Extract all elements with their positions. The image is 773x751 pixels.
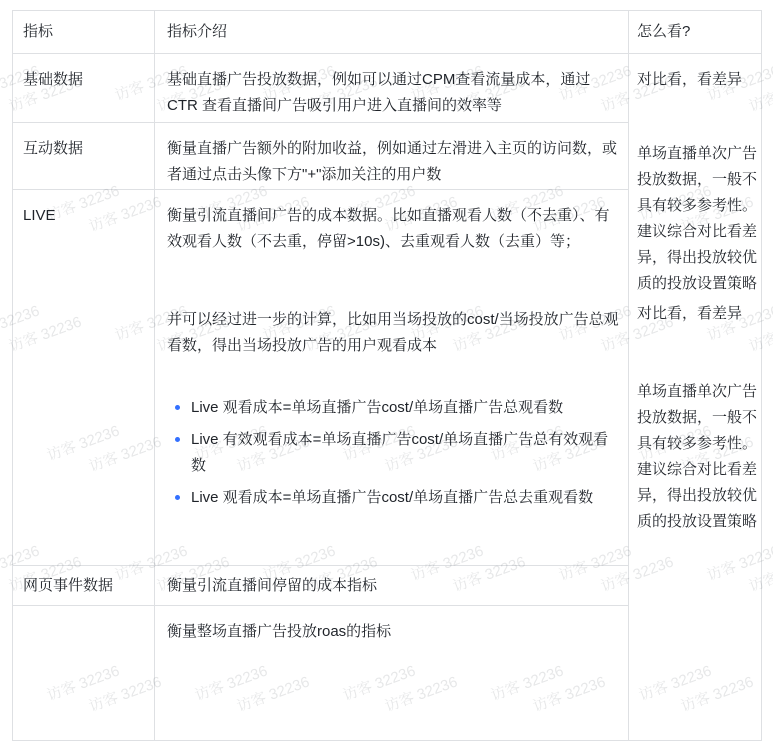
list-item: Live 有效观看成本=单场直播广告cost/单场直播广告总有效观看数 xyxy=(167,427,620,479)
bullet-dot-icon xyxy=(175,405,180,410)
how-to-view-compare-1: 对比看，看差异 xyxy=(637,67,757,93)
how-to-view-compare-2: 对比看，看差异 xyxy=(637,301,757,327)
live-intro-paragraph-1: 衡量引流直播间广告的成本数据。比如直播观看人数（不去重）、有效观看人数（不去重，… xyxy=(167,203,620,255)
row-interaction-data-introduction: 衡量直播广告额外的附加收益，例如通过左滑进入主页的访问数，或者通过点击头像下方"… xyxy=(155,123,629,190)
header-cell-indicator: 指标 xyxy=(13,11,155,54)
indicator-live: LIVE xyxy=(23,203,144,229)
row-roas-introduction: 衡量整场直播广告投放roas的指标 xyxy=(155,606,629,740)
introduction-roas: 衡量整场直播广告投放roas的指标 xyxy=(167,619,620,645)
row-web-event-data-introduction: 衡量引流直播间停留的成本指标 xyxy=(155,566,629,606)
how-to-view-merged-cell: 对比看，看差异 单场直播单次广告投放数据，一般不具有较多参考性。建议综合对比看差… xyxy=(629,54,761,740)
row-interaction-data-indicator: 互动数据 xyxy=(13,123,155,190)
indicator-web-event-data: 网页事件数据 xyxy=(23,573,144,599)
indicator-basic-data: 基础数据 xyxy=(23,67,144,93)
row-web-event-data-indicator: 网页事件数据 xyxy=(13,566,155,606)
how-to-view-advice-2: 单场直播单次广告投放数据，一般不具有较多参考性。建议综合对比看差异，得出投放较优… xyxy=(637,379,757,535)
introduction-basic-data: 基础直播广告投放数据，例如可以通过CPM查看流量成本，通过CTR 查看直播间广告… xyxy=(167,67,620,119)
row-basic-data-indicator: 基础数据 xyxy=(13,54,155,123)
live-view-cost-formula: Live 观看成本=单场直播广告cost/单场直播广告总观看数 xyxy=(191,399,563,416)
indicator-interaction-data: 互动数据 xyxy=(23,136,144,162)
row-live-introduction: 衡量引流直播间广告的成本数据。比如直播观看人数（不去重）、有效观看人数（不去重，… xyxy=(155,190,629,566)
list-item: Live 观看成本=单场直播广告cost/单场直播广告总观看数 xyxy=(167,395,620,421)
bullet-dot-icon xyxy=(175,437,180,442)
metrics-table: 指标 指标介绍 怎么看? 基础数据 基础直播广告投放数据，例如可以通过CPM查看… xyxy=(12,10,762,741)
header-cell-introduction: 指标介绍 xyxy=(155,11,629,54)
header-introduction-label: 指标介绍 xyxy=(167,19,620,45)
header-cell-how-to-view: 怎么看? xyxy=(629,11,761,54)
row-live-indicator: LIVE xyxy=(13,190,155,566)
introduction-interaction-data: 衡量直播广告额外的附加收益，例如通过左滑进入主页的访问数，或者通过点击头像下方"… xyxy=(167,136,620,188)
how-to-view-advice-1: 单场直播单次广告投放数据，一般不具有较多参考性。建议综合对比看差异，得出投放较优… xyxy=(637,141,757,297)
live-intro-paragraph-2: 并可以经过进一步的计算，比如用当场投放的cost/当场投放广告总观看数，得出当场… xyxy=(167,307,620,359)
introduction-web-event-data: 衡量引流直播间停留的成本指标 xyxy=(167,573,620,599)
row-roas-indicator xyxy=(13,606,155,740)
live-dedup-view-cost-formula: Live 观看成本=单场直播广告cost/单场直播广告总去重观看数 xyxy=(191,489,593,506)
row-basic-data-introduction: 基础直播广告投放数据，例如可以通过CPM查看流量成本，通过CTR 查看直播间广告… xyxy=(155,54,629,123)
live-cost-bullet-list: Live 观看成本=单场直播广告cost/单场直播广告总观看数 Live 有效观… xyxy=(167,395,620,511)
header-indicator-label: 指标 xyxy=(23,19,144,45)
live-effective-view-cost-formula: Live 有效观看成本=单场直播广告cost/单场直播广告总有效观看数 xyxy=(191,431,608,474)
document-page: 指标 指标介绍 怎么看? 基础数据 基础直播广告投放数据，例如可以通过CPM查看… xyxy=(0,0,773,751)
bullet-dot-icon xyxy=(175,495,180,500)
header-how-to-view-label: 怎么看? xyxy=(637,19,757,45)
list-item: Live 观看成本=单场直播广告cost/单场直播广告总去重观看数 xyxy=(167,485,620,511)
